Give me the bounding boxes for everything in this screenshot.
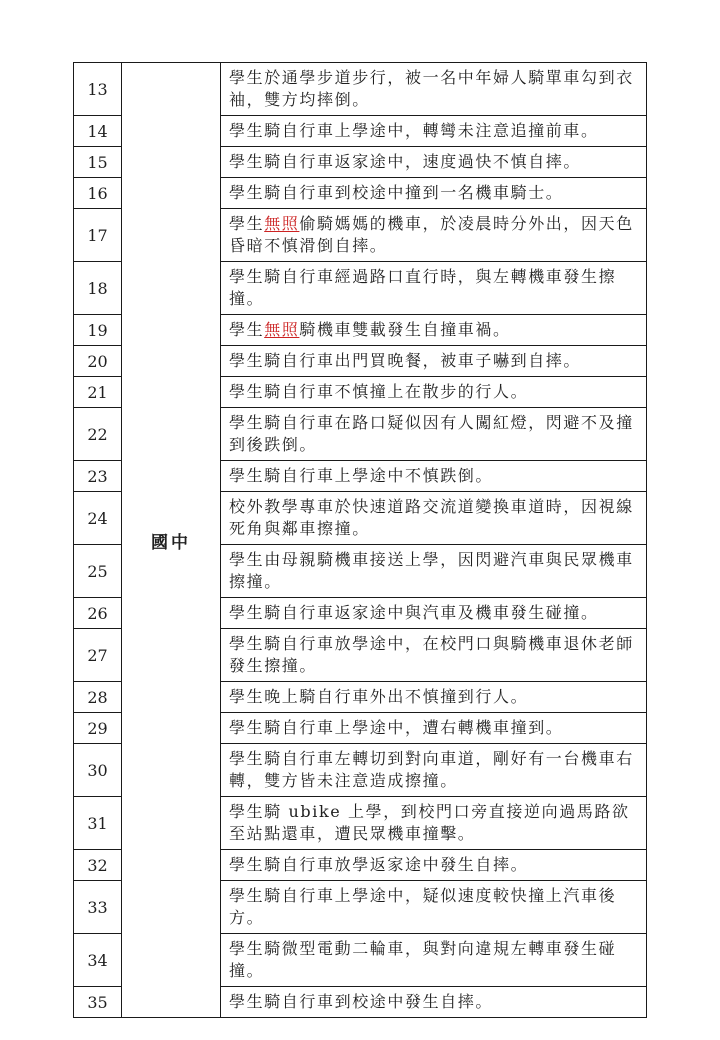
accident-description: 學生騎自行車上學途中不慎跌倒。	[221, 461, 647, 492]
accident-description: 學生騎自行車在路口疑似因有人闖紅燈，閃避不及撞到後跌倒。	[221, 408, 647, 461]
description-text: 學生騎自行車上學途中，轉彎未注意追撞前車。	[229, 121, 599, 140]
row-number: 23	[74, 461, 122, 492]
row-number: 30	[74, 744, 122, 797]
row-number: 33	[74, 881, 122, 934]
row-number: 21	[74, 377, 122, 408]
accident-description: 學生騎自行車左轉切到對向車道，剛好有一台機車右轉，雙方皆未注意造成擦撞。	[221, 744, 647, 797]
accident-description: 學生騎自行車到校途中撞到一名機車騎士。	[221, 178, 647, 209]
row-number: 19	[74, 315, 122, 346]
accident-description: 學生騎自行車返家途中，速度過快不慎自摔。	[221, 147, 647, 178]
description-text: 學生	[229, 214, 264, 233]
row-number: 27	[74, 629, 122, 682]
description-text: 學生騎自行車上學途中，疑似速度較快撞上汽車後方。	[229, 886, 616, 927]
row-number: 22	[74, 408, 122, 461]
unlicensed-highlight: 無照	[264, 320, 299, 339]
description-text: 學生騎自行車放學返家途中發生自摔。	[229, 855, 528, 874]
description-text: 學生由母親騎機車接送上學，因閃避汽車與民眾機車擦撞。	[229, 550, 634, 591]
row-number: 20	[74, 346, 122, 377]
description-text: 校外教學專車於快速道路交流道變換車道時，因視線死角與鄰車擦撞。	[229, 497, 634, 538]
accident-description: 學生騎自行車出門買晚餐，被車子嚇到自摔。	[221, 346, 647, 377]
description-text: 學生騎自行車上學途中，遭右轉機車撞到。	[229, 718, 563, 737]
row-number: 25	[74, 545, 122, 598]
description-text: 學生騎自行車左轉切到對向車道，剛好有一台機車右轉，雙方皆未注意造成擦撞。	[229, 749, 634, 790]
description-text: 學生騎自行車到校途中發生自摔。	[229, 992, 493, 1011]
accident-description: 學生由母親騎機車接送上學，因閃避汽車與民眾機車擦撞。	[221, 545, 647, 598]
accident-description: 學生騎自行車上學途中，疑似速度較快撞上汽車後方。	[221, 881, 647, 934]
row-number: 32	[74, 850, 122, 881]
description-text: 學生騎 ubike 上學，到校門口旁直接逆向過馬路欲至站點還車，遭民眾機車撞擊。	[229, 802, 630, 843]
description-text: 學生騎自行車放學途中，在校門口與騎機車退休老師發生擦撞。	[229, 634, 634, 675]
accident-description: 學生騎自行車放學返家途中發生自摔。	[221, 850, 647, 881]
row-number: 26	[74, 598, 122, 629]
row-number: 31	[74, 797, 122, 850]
description-text: 學生騎自行車經過路口直行時，與左轉機車發生擦撞。	[229, 267, 616, 308]
description-text: 學生	[229, 320, 264, 339]
description-text: 學生騎自行車到校途中撞到一名機車騎士。	[229, 183, 563, 202]
row-number: 28	[74, 682, 122, 713]
description-text: 學生於通學步道步行，被一名中年婦人騎單車勾到衣袖，雙方均摔倒。	[229, 68, 634, 109]
accident-description: 學生騎自行車到校途中發生自摔。	[221, 987, 647, 1018]
description-text: 學生騎自行車返家途中與汽車及機車發生碰撞。	[229, 603, 599, 622]
row-number: 18	[74, 262, 122, 315]
description-text: 學生騎自行車出門買晚餐，被車子嚇到自摔。	[229, 351, 581, 370]
row-number: 15	[74, 147, 122, 178]
row-number: 24	[74, 492, 122, 545]
accident-description: 學生騎自行車上學途中，轉彎未注意追撞前車。	[221, 116, 647, 147]
accident-description: 學生無照偷騎媽媽的機車，於凌晨時分外出，因天色昏暗不慎滑倒自摔。	[221, 209, 647, 262]
row-number: 13	[74, 63, 122, 116]
row-number: 16	[74, 178, 122, 209]
description-text: 學生騎微型電動二輪車，與對向違規左轉車發生碰撞。	[229, 939, 616, 980]
description-text: 騎機車雙載發生自撞車禍。	[299, 320, 510, 339]
description-text: 學生晚上騎自行車外出不慎撞到行人。	[229, 687, 528, 706]
accident-description: 學生無照騎機車雙載發生自撞車禍。	[221, 315, 647, 346]
school-level-label: 國中	[122, 63, 221, 1018]
accident-description: 學生晚上騎自行車外出不慎撞到行人。	[221, 682, 647, 713]
description-text: 學生騎自行車不慎撞上在散步的行人。	[229, 382, 528, 401]
table-row: 13國中學生於通學步道步行，被一名中年婦人騎單車勾到衣袖，雙方均摔倒。	[74, 63, 647, 116]
row-number: 29	[74, 713, 122, 744]
accident-description: 學生騎微型電動二輪車，與對向違規左轉車發生碰撞。	[221, 934, 647, 987]
accident-description: 學生騎自行車不慎撞上在散步的行人。	[221, 377, 647, 408]
description-text: 學生騎自行車返家途中，速度過快不慎自摔。	[229, 152, 581, 171]
accident-table: 13國中學生於通學步道步行，被一名中年婦人騎單車勾到衣袖，雙方均摔倒。14學生騎…	[73, 62, 647, 1018]
row-number: 34	[74, 934, 122, 987]
accident-description: 學生騎自行車經過路口直行時，與左轉機車發生擦撞。	[221, 262, 647, 315]
unlicensed-highlight: 無照	[264, 214, 299, 233]
accident-description: 學生於通學步道步行，被一名中年婦人騎單車勾到衣袖，雙方均摔倒。	[221, 63, 647, 116]
accident-description: 學生騎自行車返家途中與汽車及機車發生碰撞。	[221, 598, 647, 629]
description-text: 學生騎自行車上學途中不慎跌倒。	[229, 466, 493, 485]
row-number: 14	[74, 116, 122, 147]
accident-description: 學生騎自行車放學途中，在校門口與騎機車退休老師發生擦撞。	[221, 629, 647, 682]
document-page: 13國中學生於通學步道步行，被一名中年婦人騎單車勾到衣袖，雙方均摔倒。14學生騎…	[0, 0, 720, 1040]
accident-description: 學生騎自行車上學途中，遭右轉機車撞到。	[221, 713, 647, 744]
description-text: 學生騎自行車在路口疑似因有人闖紅燈，閃避不及撞到後跌倒。	[229, 413, 634, 454]
accident-description: 校外教學專車於快速道路交流道變換車道時，因視線死角與鄰車擦撞。	[221, 492, 647, 545]
row-number: 17	[74, 209, 122, 262]
row-number: 35	[74, 987, 122, 1018]
accident-description: 學生騎 ubike 上學，到校門口旁直接逆向過馬路欲至站點還車，遭民眾機車撞擊。	[221, 797, 647, 850]
table-body: 13國中學生於通學步道步行，被一名中年婦人騎單車勾到衣袖，雙方均摔倒。14學生騎…	[74, 63, 647, 1018]
